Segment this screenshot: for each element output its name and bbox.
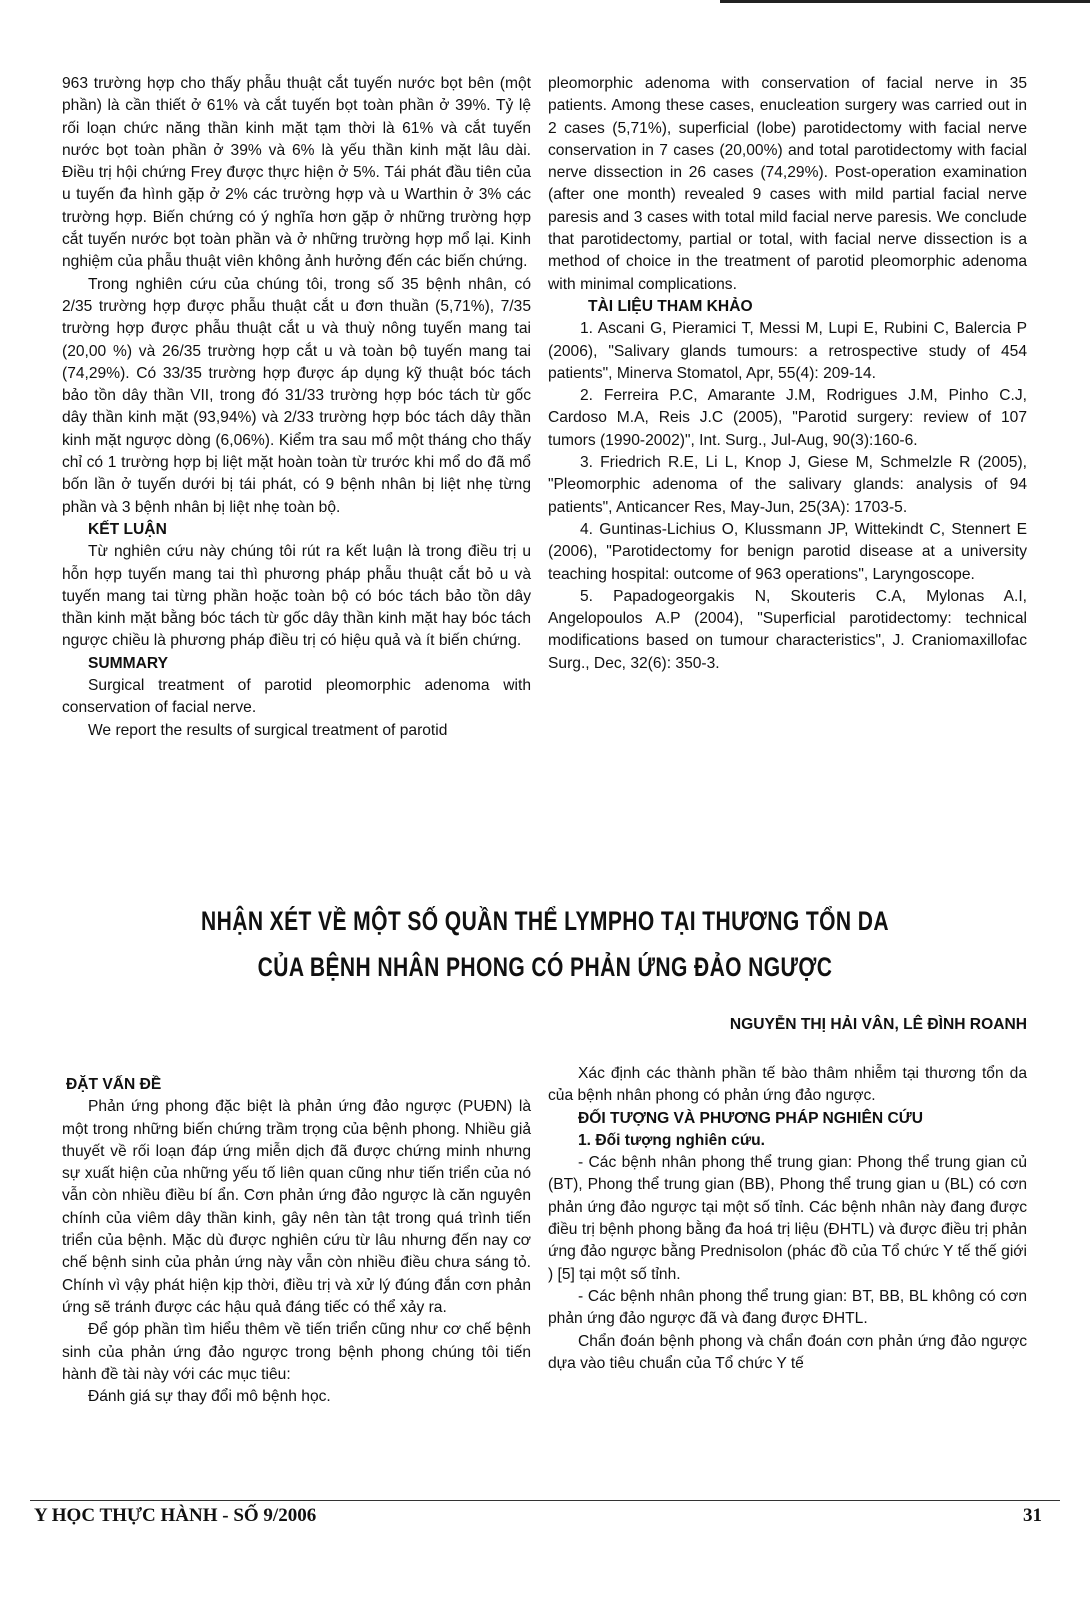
prev-article-left-column: 963 trường hợp cho thấy phẫu thuật cắt t…: [62, 73, 531, 742]
methods-heading: ĐỐI TƯỢNG VÀ PHƯƠNG PHÁP NGHIÊN CỨU: [548, 1108, 1027, 1130]
paragraph: Để góp phần tìm hiểu thêm về tiến triển …: [62, 1319, 531, 1386]
paragraph: Đánh giá sự thay đổi mô bệnh học.: [62, 1386, 531, 1408]
summary-title: Surgical treatment of parotid pleomorphi…: [62, 675, 531, 720]
prev-article-right-column: pleomorphic adenoma with conservation of…: [548, 73, 1027, 675]
article-title-line-2: CỦA BỆNH NHÂN PHONG CÓ PHẢN ỨNG ĐẢO NGƯỢ…: [120, 944, 970, 990]
paragraph: Chẩn đoán bệnh phong và chẩn đoán cơn ph…: [548, 1331, 1027, 1376]
reference-item: 5. Papadogeorgakis N, Skouteris C.A, Myl…: [548, 586, 1027, 675]
reference-item: 1. Ascani G, Pieramici T, Messi M, Lupi …: [548, 318, 1027, 385]
references-heading: TÀI LIỆU THAM KHẢO: [548, 296, 1027, 318]
reference-item: 2. Ferreira P.C, Amarante J.M, Rodrigues…: [548, 385, 1027, 452]
paragraph: Từ nghiên cứu này chúng tôi rút ra kết l…: [62, 541, 531, 652]
article-authors: NGUYỄN THỊ HẢI VÂN, LÊ ĐÌNH ROANH: [548, 1016, 1027, 1034]
conclusion-heading: KẾT LUẬN: [62, 519, 531, 541]
article-title-line-1: NHẬN XÉT VỀ MỘT SỐ QUẦN THỂ LYMPHO TẠI T…: [120, 898, 970, 944]
paragraph: - Các bệnh nhân phong thể trung gian: Ph…: [548, 1152, 1027, 1286]
paragraph: We report the results of surgical treatm…: [62, 720, 531, 742]
intro-heading: ĐẶT VẤN ĐỀ: [62, 1074, 531, 1096]
article-title: NHẬN XÉT VỀ MỘT SỐ QUẦN THỂ LYMPHO TẠI T…: [120, 898, 970, 990]
reference-item: 3. Friedrich R.E, Li L, Knop J, Giese M,…: [548, 452, 1027, 519]
new-article-left-column: ĐẶT VẤN ĐỀ Phản ứng phong đặc biệt là ph…: [62, 1074, 531, 1408]
paragraph: Trong nghiên cứu của chúng tôi, trong số…: [62, 274, 531, 519]
paragraph: Xác định các thành phần tế bào thâm nhiễ…: [548, 1063, 1027, 1108]
footer-rule: [30, 1500, 1060, 1501]
subjects-heading: 1. Đối tượng nghiên cứu.: [548, 1130, 1027, 1152]
journal-name: Y HỌC THỰC HÀNH - SỐ 9/2006: [34, 1505, 316, 1527]
paragraph: 963 trường hợp cho thấy phẫu thuật cắt t…: [62, 73, 531, 274]
page-number: 31: [1023, 1505, 1042, 1527]
paragraph: Phản ứng phong đặc biệt là phản ứng đảo …: [62, 1096, 531, 1319]
reference-item: 4. Guntinas-Lichius O, Klussmann JP, Wit…: [548, 519, 1027, 586]
summary-heading: SUMMARY: [62, 653, 531, 675]
top-rule: [720, 0, 1090, 3]
paragraph: - Các bệnh nhân phong thể trung gian: BT…: [548, 1286, 1027, 1331]
paragraph: pleomorphic adenoma with conservation of…: [548, 73, 1027, 296]
new-article-right-column: Xác định các thành phần tế bào thâm nhiễ…: [548, 1063, 1027, 1375]
